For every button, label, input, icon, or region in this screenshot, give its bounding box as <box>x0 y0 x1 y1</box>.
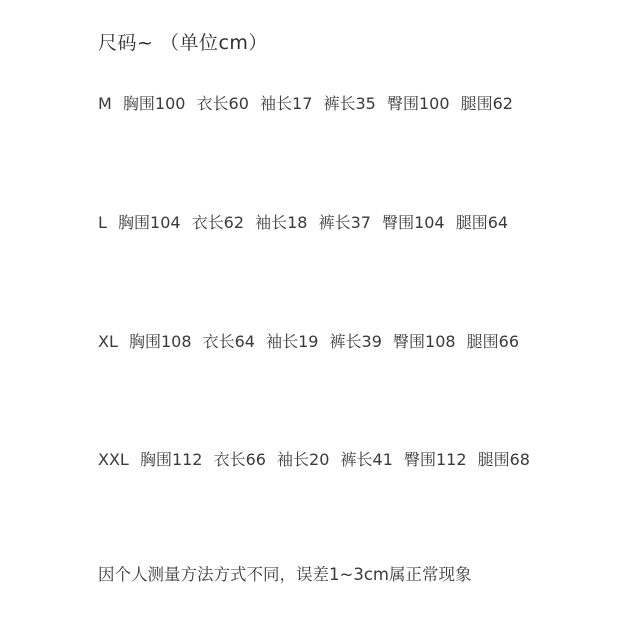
size-row-xxl: XXL 胸围112 衣长66 袖长20 裤长41 臀围112 腿围68 <box>98 448 536 472</box>
thigh-measurement: 腿围62 <box>461 92 513 116</box>
size-row-l: L 胸围104 衣长62 袖长18 裤长37 臀围104 腿围64 <box>98 211 514 235</box>
hip-measurement: 臀围112 <box>404 448 467 472</box>
size-label: XXL <box>98 448 129 472</box>
size-row-xl: XL 胸围108 衣长64 袖长19 裤长39 臀围108 腿围66 <box>98 330 525 354</box>
pants-length-measurement: 裤长41 <box>341 448 393 472</box>
sleeve-measurement: 袖长17 <box>260 92 312 116</box>
length-measurement: 衣长66 <box>214 448 266 472</box>
length-measurement: 衣长64 <box>203 330 255 354</box>
pants-length-measurement: 裤长39 <box>330 330 382 354</box>
size-label: M <box>98 92 112 116</box>
sleeve-measurement: 袖长18 <box>255 211 307 235</box>
measurement-note: 因个人测量方法方式不同，误差1~3cm属正常现象 <box>98 563 471 587</box>
pants-length-measurement: 裤长35 <box>323 92 375 116</box>
thigh-measurement: 腿围64 <box>456 211 508 235</box>
thigh-measurement: 腿围66 <box>467 330 519 354</box>
thigh-measurement: 腿围68 <box>478 448 530 472</box>
size-chart-title: 尺码~ （单位cm） <box>98 29 268 57</box>
length-measurement: 衣长62 <box>192 211 244 235</box>
chest-measurement: 胸围108 <box>129 330 192 354</box>
hip-measurement: 臀围108 <box>393 330 456 354</box>
size-row-m: M 胸围100 衣长60 袖长17 裤长35 臀围100 腿围62 <box>98 92 519 116</box>
size-label: XL <box>98 330 118 354</box>
length-measurement: 衣长60 <box>197 92 249 116</box>
chest-measurement: 胸围112 <box>140 448 203 472</box>
size-label: L <box>98 211 107 235</box>
sleeve-measurement: 袖长19 <box>266 330 318 354</box>
chest-measurement: 胸围100 <box>123 92 186 116</box>
pants-length-measurement: 裤长37 <box>319 211 371 235</box>
hip-measurement: 臀围100 <box>387 92 450 116</box>
chest-measurement: 胸围104 <box>118 211 181 235</box>
sleeve-measurement: 袖长20 <box>277 448 329 472</box>
hip-measurement: 臀围104 <box>382 211 445 235</box>
